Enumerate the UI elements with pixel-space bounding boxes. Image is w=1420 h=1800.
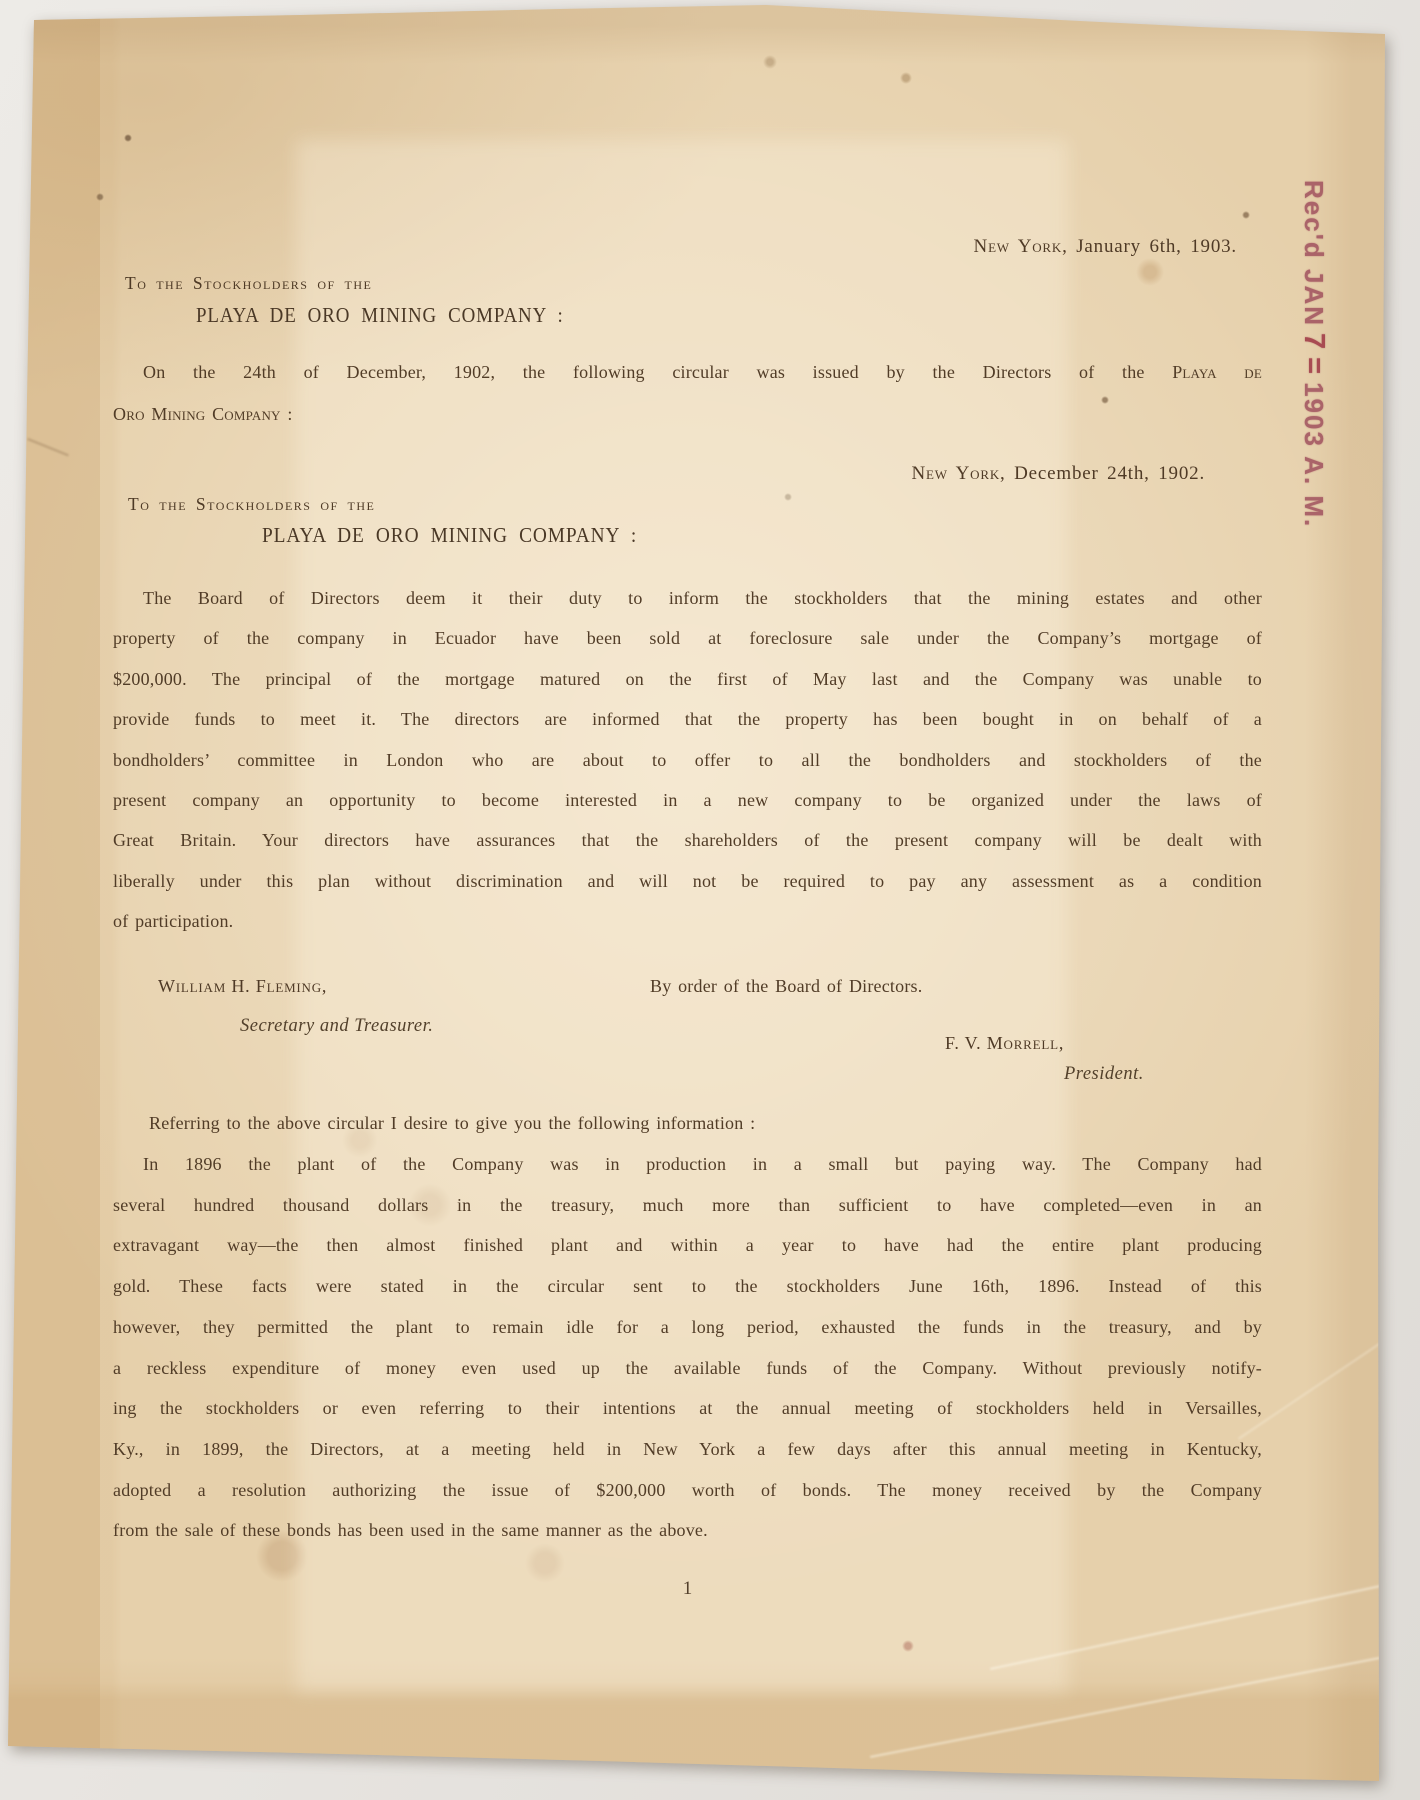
- secretary-name: William H. Fleming,: [158, 976, 327, 997]
- stamp-received-label: Rec'd JAN: [1299, 180, 1329, 327]
- stamp-year-ampm: 1903 A. M.: [1299, 382, 1329, 528]
- text-line: a reckless expenditure of money even use…: [113, 1348, 1262, 1389]
- intro-company-smallcaps: Oro Mining Company :: [113, 404, 293, 424]
- text-line: several hundred thousand dollars in the …: [113, 1185, 1262, 1226]
- text-line: extravagant way—the then almost finished…: [113, 1225, 1262, 1266]
- scanned-letter: Rec'd JAN7=1903 A. M. New York, January …: [0, 0, 1420, 1800]
- stamp-day: 7: [1298, 333, 1330, 351]
- salutation-line: To the Stockholders of the: [125, 273, 372, 294]
- dateline-january: New York, January 6th, 1903.: [113, 234, 1237, 260]
- text-line: ing the stockholders or even referring t…: [113, 1388, 1262, 1429]
- text-line: liberally under this plan without discri…: [113, 861, 1262, 901]
- text-line: however, they permitted the plant to rem…: [113, 1307, 1262, 1348]
- referring-line: Referring to the above circular I desire…: [113, 1103, 1262, 1143]
- company-name-heading: PLAYA DE ORO MINING COMPANY :: [262, 523, 637, 548]
- paper-crease: [27, 438, 69, 456]
- by-order-line: By order of the Board of Directors.: [650, 976, 922, 997]
- text-line: property of the company in Ecuador have …: [113, 618, 1262, 658]
- text-line: of participation.: [113, 901, 1262, 941]
- text-line: gold. These facts were stated in the cir…: [113, 1266, 1262, 1307]
- received-date-stamp: Rec'd JAN7=1903 A. M.: [1297, 180, 1330, 534]
- text-line: Great Britain. Your directors have assur…: [113, 820, 1262, 860]
- text-line: $200,000. The principal of the mortgage …: [113, 659, 1262, 699]
- text-line: Oro Mining Company :: [113, 394, 1262, 436]
- information-paragraph: In 1896 the plant of the Company was in …: [113, 1144, 1262, 1551]
- stamp-separator: =: [1298, 357, 1330, 376]
- paper-crease: [1238, 1304, 1420, 1440]
- president-name: F. V. Morrell,: [945, 1033, 1064, 1054]
- intro-paragraph: On the 24th of December, 1902, the follo…: [113, 352, 1262, 435]
- secretary-title: Secretary and Treasurer.: [240, 1016, 433, 1037]
- page-number: 1: [113, 1578, 1262, 1600]
- intro-company-smallcaps: Playa de: [1172, 362, 1262, 382]
- text-line: adopted a resolution authorizing the iss…: [113, 1470, 1262, 1511]
- dateline-date: January 6th, 1903.: [1076, 236, 1237, 257]
- text-line: Ky., in 1899, the Directors, at a meetin…: [113, 1429, 1262, 1470]
- intro-text: On the 24th of December, 1902, the follo…: [143, 362, 1145, 382]
- dateline-place: New York,: [911, 463, 1005, 484]
- text-line: bondholders’ committee in London who are…: [113, 740, 1262, 780]
- text-line: present company an opportunity to become…: [113, 780, 1262, 820]
- paper-sheet: Rec'd JAN7=1903 A. M. New York, January …: [0, 0, 1420, 1800]
- text-line: from the sale of these bonds has been us…: [113, 1510, 1262, 1551]
- text-line: The Board of Directors deem it their dut…: [113, 578, 1262, 618]
- text-line: provide funds to meet it. The directors …: [113, 699, 1262, 739]
- circular-paragraph: The Board of Directors deem it their dut…: [113, 578, 1262, 942]
- text-line: On the 24th of December, 1902, the follo…: [113, 352, 1262, 394]
- dateline-date: December 24th, 1902.: [1014, 463, 1205, 484]
- company-name-heading: PLAYA DE ORO MINING COMPANY :: [196, 303, 564, 328]
- text-line: In 1896 the plant of the Company was in …: [113, 1144, 1262, 1185]
- dateline-december: New York, December 24th, 1902.: [113, 461, 1205, 487]
- president-title: President.: [1064, 1064, 1144, 1085]
- salutation-line: To the Stockholders of the: [128, 494, 375, 515]
- dateline-place: New York,: [974, 236, 1068, 257]
